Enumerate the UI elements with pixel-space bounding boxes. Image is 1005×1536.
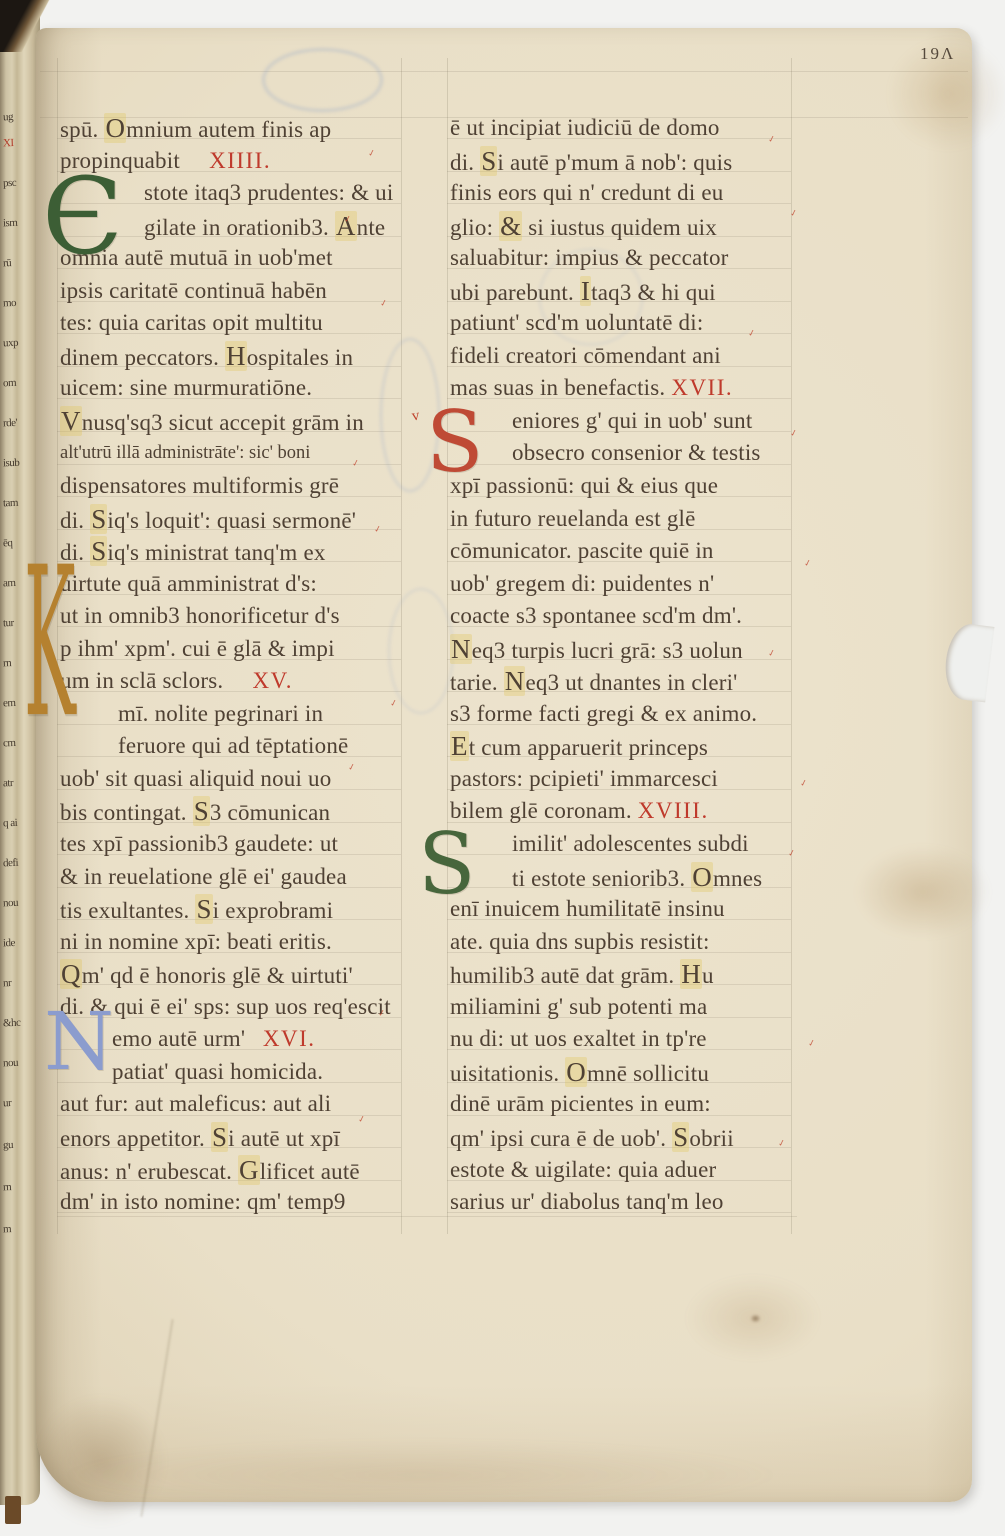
folio-number: 19Λ [920, 44, 955, 64]
illuminated-initial-S-green: S [418, 822, 476, 906]
washed-capital: S [90, 504, 107, 534]
text-line: eniores g' qui in uob' sunt [450, 405, 810, 438]
facing-text-fragment: cm [3, 738, 23, 750]
text-line: ate. quia dns supbis resistit: [450, 926, 810, 959]
chapter-numeral: XVI. [263, 1026, 316, 1051]
washed-capital: S [193, 796, 210, 826]
illuminated-initial-K: K [24, 540, 76, 746]
text-line: Et cum apparuerit princeps [450, 730, 810, 763]
facing-text-fragment: isub [3, 458, 23, 470]
text-line: estote & uigilate: quia aduer [450, 1154, 810, 1187]
text-line: obsecro consenior & testis [450, 437, 810, 470]
chapter-numeral: XV. [252, 668, 293, 693]
text-line: enors appetitor. Si autē ut xpī [60, 1121, 420, 1154]
text-line: bis contingat. S3 cōmunican [60, 795, 420, 828]
text-line: imilit' adolescentes subdi [450, 828, 810, 861]
illuminated-initial-E: Є [42, 164, 123, 270]
facing-text-fragment: gu [3, 1140, 23, 1152]
facing-text-fragment: atr [3, 778, 23, 790]
text-line: ubi parebunt. Itaq3 & hi qui [450, 275, 810, 308]
chapter-numeral: XIIII. [209, 148, 271, 173]
text-line: enī inuicem humilitatē insinu [450, 893, 810, 926]
washed-capital: S [211, 1122, 228, 1152]
text-line: uisitationis. Omnē sollicitu [450, 1056, 810, 1089]
washed-capital: O [565, 1057, 587, 1087]
washed-capital: H [680, 959, 702, 989]
facing-text-fragment: ide [3, 938, 23, 950]
washed-capital: S [195, 894, 212, 924]
text-line: pastors: pcipieti' immarcesci [450, 763, 810, 796]
text-line: patiat' quasi homicida. [60, 1056, 420, 1089]
illuminated-initial-N: N [44, 1002, 114, 1082]
facing-text-fragment: m [3, 1224, 23, 1236]
washed-capital: G [238, 1155, 260, 1185]
facing-text-fragment: nou [3, 1058, 23, 1070]
facing-text-fragment: ug [3, 112, 23, 124]
facing-text-fragment: q ai [3, 818, 23, 830]
washed-capital: V [60, 406, 82, 436]
text-line: di. Siq's loquit': quasi sermonē' [60, 503, 420, 536]
text-line: Vnusq'sq3 sicut accepit grām in [60, 405, 420, 438]
text-line: saluabitur: impius & peccator [450, 242, 810, 275]
text-line: uicem: sine murmuratiōne. [60, 372, 420, 405]
facing-text-fragment: am [3, 578, 23, 590]
text-line: xpī passionū: qui & eius que [450, 470, 810, 503]
text-line: glio: & si iustus quidem uix [450, 210, 810, 243]
facing-text-fragment: ēq [3, 538, 23, 550]
text-line: Qm' qd ē honoris glē & uirtuti' [60, 958, 420, 991]
facing-text-fragment: uxp [3, 338, 23, 350]
text-line: dispensatores multiformis grē [60, 470, 420, 503]
text-line: alt'utrū illā administrāte': sic' boni [60, 437, 420, 470]
washed-capital: O [691, 862, 713, 892]
text-line: anus: n' erubescat. Glificet autē [60, 1154, 420, 1187]
parchment-stain [60, 1440, 780, 1510]
text-line: coacte s3 spontanee scd'm dm'. [450, 600, 810, 633]
manuscript-photo: ugXIpscismrūmouxpomrde'isubtamēqamturrne… [0, 0, 1005, 1536]
ruling-line [40, 71, 968, 72]
washed-capital: S [672, 1122, 689, 1152]
text-line: ti estote seniorib3. Omnes [450, 861, 810, 894]
washed-capital: O [104, 113, 126, 143]
facing-text-fragment: XI [3, 138, 23, 150]
text-line: bilem glē coronam. XVIII. [450, 795, 810, 828]
text-line: sarius ur' diabolus tanq'm leo [450, 1186, 810, 1219]
text-line: finis eors qui n' credunt di eu [450, 177, 810, 210]
text-line: in futuro reuelanda est glē [450, 503, 810, 536]
text-line: di. & qui ē ei' sps: sup uos req'escit [60, 991, 420, 1024]
text-line: aut fur: aut maleficus: aut ali [60, 1088, 420, 1121]
text-line: mas suas in benefactis. XVII. [450, 372, 810, 405]
text-line: tis exultantes. Si exprobrami [60, 893, 420, 926]
washed-capital: H [225, 341, 247, 371]
text-line: s3 forme facti gregi & ex animo. [450, 698, 810, 731]
text-line: fideli creatori cōmendant ani [450, 340, 810, 373]
chapter-numeral: XVII. [671, 375, 733, 400]
parchment-stain [856, 846, 990, 938]
facing-text-fragment: psc [3, 178, 23, 190]
text-line: uirtute quā amministrat d's: [60, 568, 420, 601]
facing-text-fragment: em [3, 698, 23, 710]
text-line: Neq3 turpis lucri grā: s3 uolun [450, 633, 810, 666]
facing-text-fragment: defi [3, 858, 23, 870]
text-line: ipsis caritatē continuā habēn [60, 275, 420, 308]
text-line: um in sclā sclors. XV. [60, 665, 420, 698]
facing-text-fragment: ism [3, 218, 23, 230]
binding-foot-fragment [5, 1496, 21, 1524]
facing-text-fragment: rn [3, 1182, 23, 1194]
washed-capital: Q [60, 959, 82, 989]
text-line: p ihm' xpm'. cui ē glā & impi [60, 633, 420, 666]
text-line: tarie. Neq3 ut dnantes in cleri' [450, 665, 810, 698]
text-line: feruore qui ad tēptationē [60, 730, 420, 763]
text-line: di. Si autē p'mum ā nob': quis [450, 145, 810, 178]
facing-text-fragment: om [3, 378, 23, 390]
text-line: nu di: ut uos exaltet in tp're [450, 1023, 810, 1056]
showthrough-ghost [262, 48, 383, 112]
rubricator-guide-mark: v [411, 408, 421, 426]
facing-text-fragment: rde' [3, 418, 23, 430]
facing-text-fragment: ur [3, 1098, 23, 1110]
text-line: & in reuelatione glē ei' gaudea [60, 861, 420, 894]
facing-text-fragment: tur [3, 618, 23, 630]
chapter-numeral: XVIII. [638, 798, 709, 823]
text-line: cōmunicator. pascite quiē in [450, 535, 810, 568]
text-line: qm' ipsi cura ē de uob'. Sobrii [450, 1121, 810, 1154]
washed-capital: N [504, 666, 526, 696]
facing-text-fragment: mo [3, 298, 23, 310]
text-line: dm' in isto nomine: qm' temp9 [60, 1186, 420, 1219]
text-line: ē ut incipiat iudiciū de domo [450, 112, 810, 145]
text-line: ut in omnib3 honorificetur d's [60, 600, 420, 633]
facing-text-fragment: rū [3, 258, 23, 270]
facing-text-fragment: &hc [3, 1018, 23, 1030]
washed-capital: E [450, 731, 469, 761]
text-line: mī. nolite pegrinari in [60, 698, 420, 731]
washed-capital: S [90, 536, 107, 566]
text-line: ni in nomine xpī: beati eritis. [60, 926, 420, 959]
facing-text-fragment: tam [3, 498, 23, 510]
text-line: uob' gregem di: puidentes n' [450, 568, 810, 601]
text-line: dinē urām picientes in eum: [450, 1088, 810, 1121]
text-column-right: ē ut incipiat iudiciū de domodi. Si autē… [450, 112, 810, 1219]
text-line: uob' sit quasi aliquid noui uo [60, 763, 420, 796]
text-line: emo autē urm' XVI. [60, 1023, 420, 1056]
facing-text-fragment: nr [3, 978, 23, 990]
text-line: tes: quia caritas opit multitu [60, 307, 420, 340]
text-line: dinem peccators. Hospitales in [60, 340, 420, 373]
washed-capital: S [480, 146, 497, 176]
text-line: tes xpī passionib3 gaudete: ut [60, 828, 420, 861]
text-line: spū. Omnium autem finis ap [60, 112, 420, 145]
text-line: di. Siq's ministrat tanq'm ex [60, 535, 420, 568]
washed-capital: I [580, 276, 591, 306]
text-line: miliamini g' sub potenti ma [450, 991, 810, 1024]
facing-text-fragment: nou [3, 898, 23, 910]
parchment-stain [750, 1314, 761, 1323]
washed-capital: N [450, 634, 472, 664]
illuminated-initial-S-red: S [426, 400, 484, 484]
text-line: humilib3 autē dat grām. Hu [450, 958, 810, 991]
facing-text-fragment: rn [3, 658, 23, 670]
washed-capital: & [499, 211, 522, 241]
